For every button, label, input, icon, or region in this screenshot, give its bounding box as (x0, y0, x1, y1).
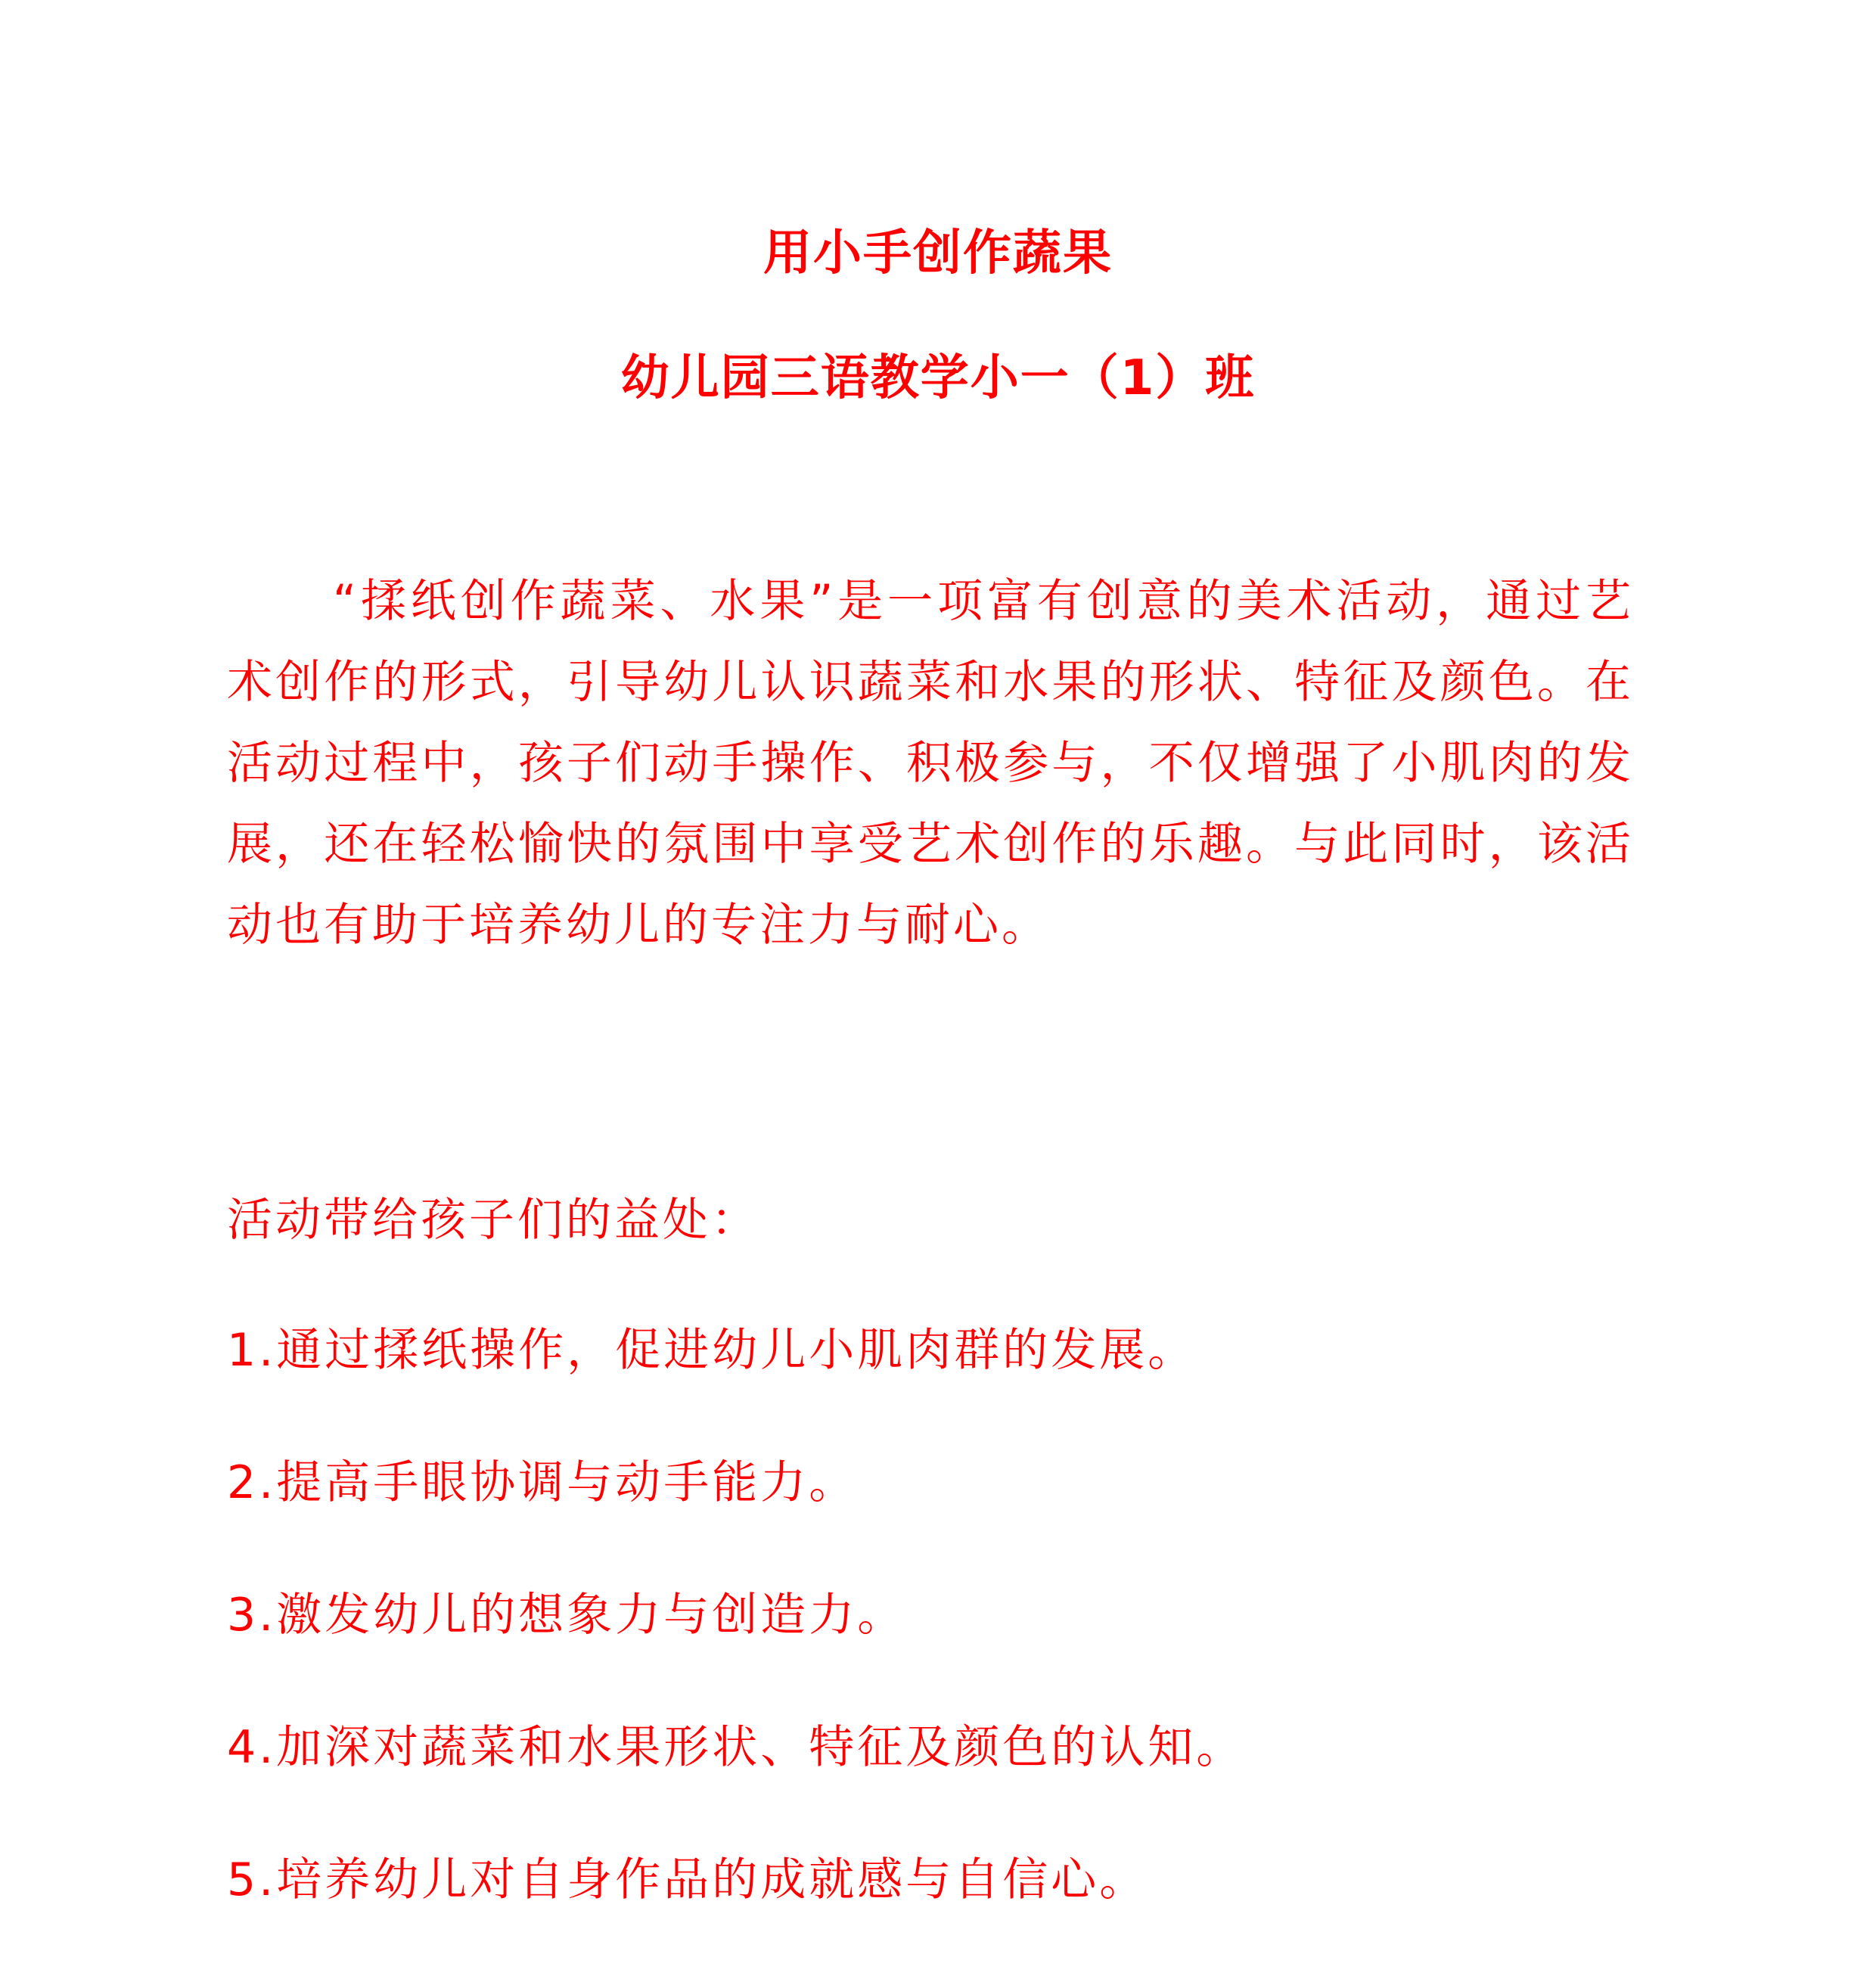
document-subtitle: 幼儿园三语教学小一（1）班 (0, 348, 1876, 409)
document-title: 用小手创作蔬果 (0, 223, 1876, 284)
benefit-item: 4.加深对蔬菜和水果形状、特征及颜色的认知。 (227, 1713, 1244, 1846)
benefits-list: 1.通过揉纸操作，促进幼儿小肌肉群的发展。 2.提高手眼协调与动手能力。 3.激… (227, 1316, 1244, 1978)
benefit-item: 2.提高手眼协调与动手能力。 (227, 1449, 1244, 1581)
document-page: 用小手创作蔬果 幼儿园三语教学小一（1）班 “揉纸创作蔬菜、水果”是一项富有创意… (0, 0, 1876, 1979)
benefits-heading: 活动带给孩子们的益处： (227, 1186, 759, 1254)
benefit-item: 3.激发幼儿的想象力与创造力。 (227, 1581, 1244, 1713)
benefit-item: 5.培养幼儿对自身作品的成就感与自信心。 (227, 1846, 1244, 1978)
benefit-item: 1.通过揉纸操作，促进幼儿小肌肉群的发展。 (227, 1316, 1244, 1449)
intro-paragraph: “揉纸创作蔬菜、水果”是一项富有创意的美术活动，通过艺术创作的形式，引导幼儿认识… (227, 561, 1634, 966)
